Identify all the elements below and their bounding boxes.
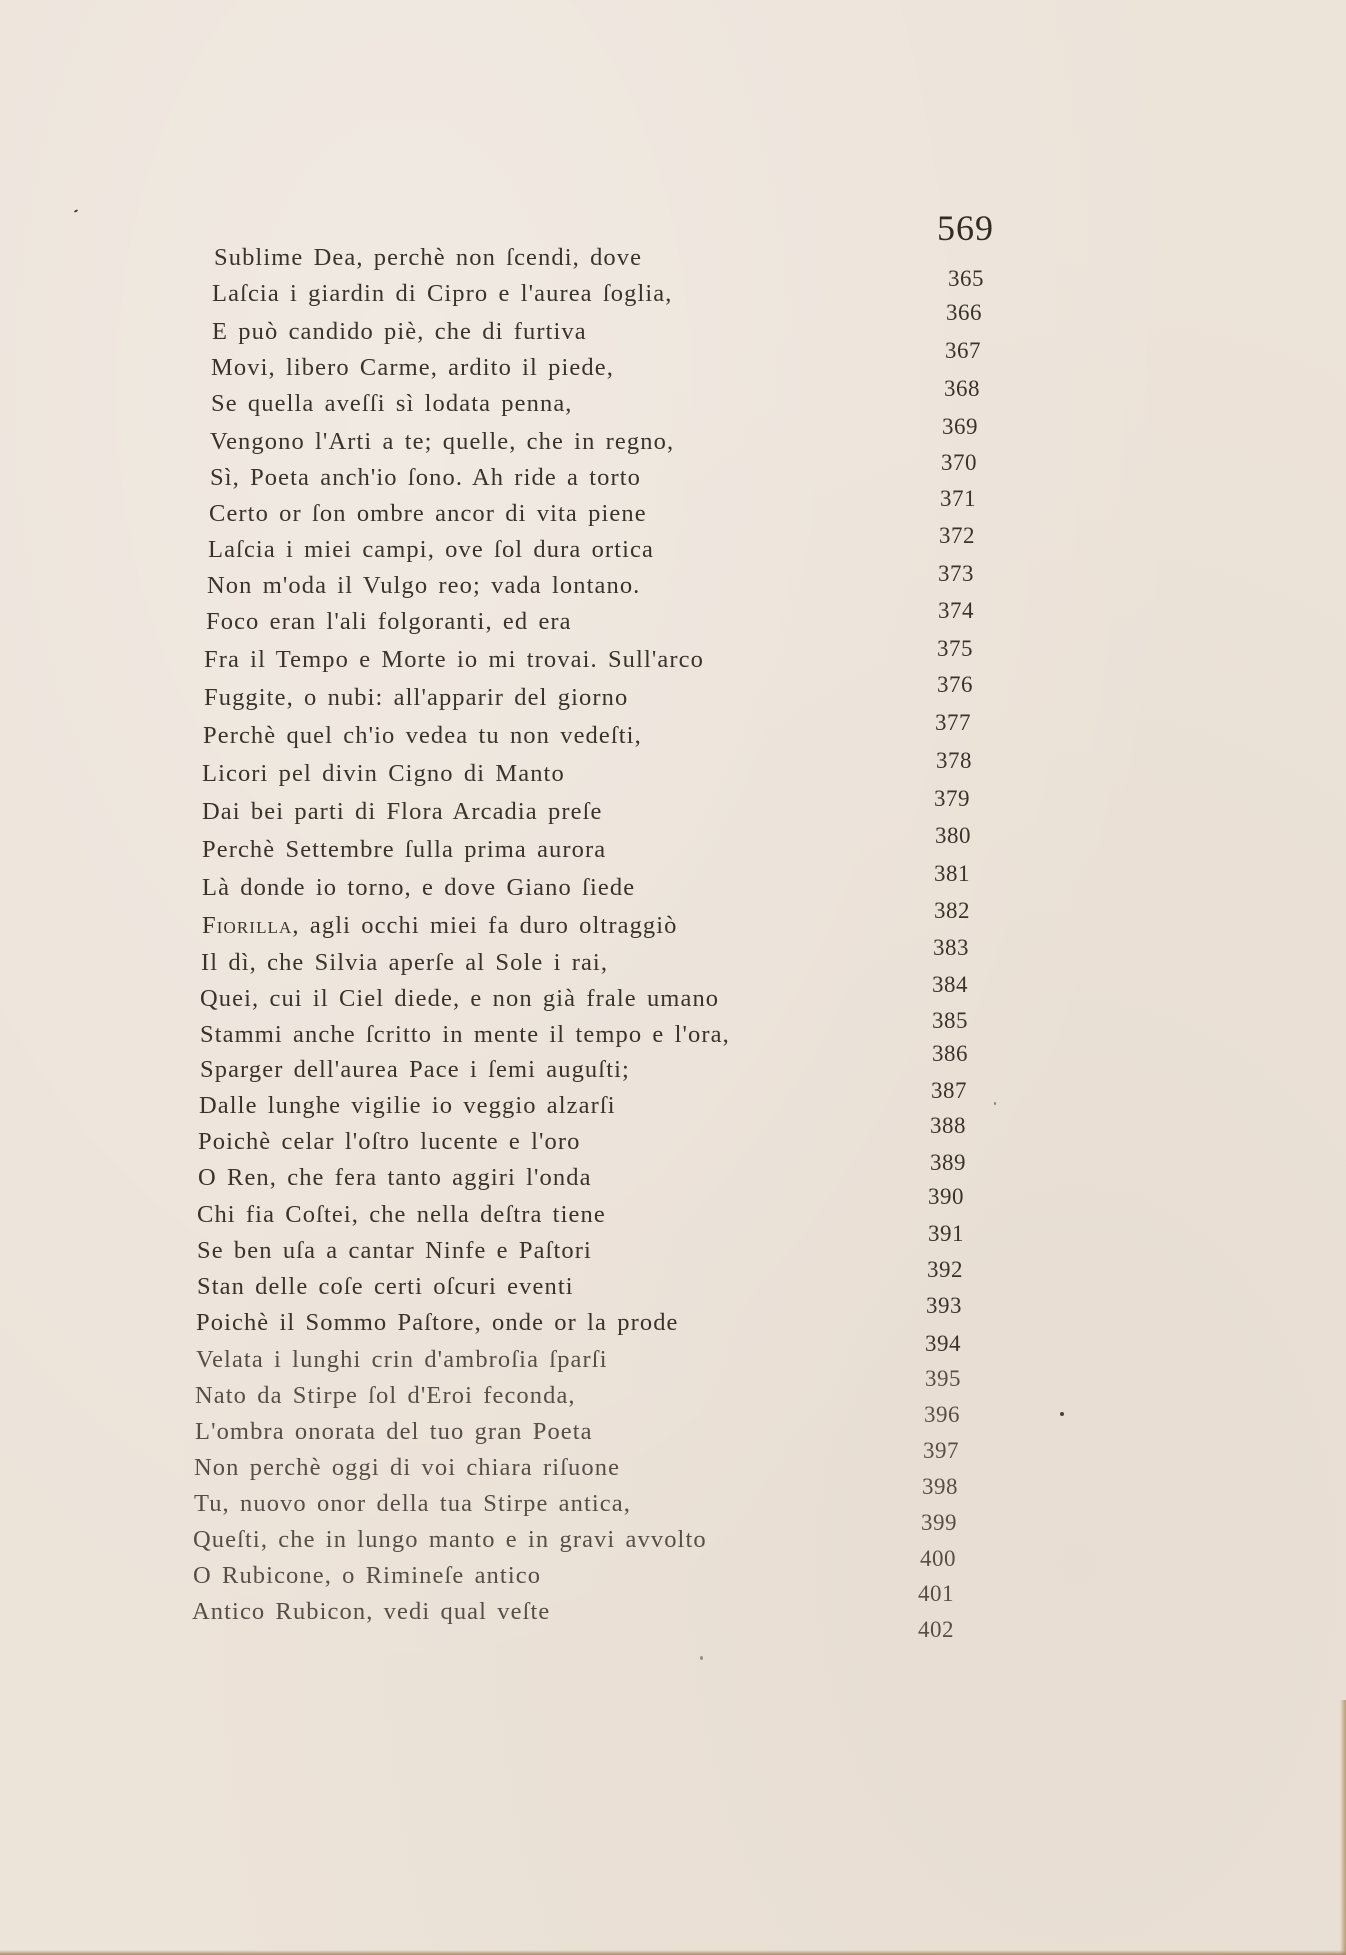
page-ref: 366	[946, 300, 982, 326]
name-small-caps: Fiorilla	[202, 912, 292, 939]
first-line: Stammi anche ſcritto in mente il tempo e…	[200, 1021, 730, 1049]
page-ref: 387	[931, 1078, 967, 1104]
paper-speck	[74, 209, 78, 213]
page-ref: 377	[935, 710, 971, 736]
first-line: O Rubicone, o Rimineſe antico	[193, 1562, 541, 1590]
first-line: Sublime Dea, perchè non ſcendi, dove	[214, 244, 642, 272]
first-line: Chi fia Coſtei, che nella deſtra tiene	[197, 1201, 606, 1229]
page-ref: 375	[937, 636, 973, 662]
first-line: Dalle lunghe vigilie io veggio alzarſi	[199, 1092, 616, 1120]
first-line: Sparger dell'aurea Pace i ſemi auguſti;	[200, 1056, 630, 1084]
page-ref: 380	[935, 823, 971, 849]
first-line: Perchè quel ch'io vedea tu non vedeſti,	[203, 722, 642, 750]
page-ref: 397	[923, 1438, 959, 1464]
page-ref: 378	[936, 748, 972, 774]
first-line: Il dì, che Silvia aperſe al Sole i rai,	[201, 949, 608, 977]
page-ref: 369	[942, 414, 978, 440]
first-line: Licori pel divin Cigno di Manto	[202, 760, 565, 788]
first-line: Poichè il Sommo Paſtore, onde or la prod…	[196, 1309, 679, 1337]
page-ref: 396	[924, 1402, 960, 1428]
first-line: O Ren, che fera tanto aggiri l'onda	[198, 1164, 592, 1192]
first-line: Fra il Tempo e Morte io mi trovai. Sull'…	[204, 646, 704, 674]
page-ref: 365	[948, 266, 984, 292]
first-line: Poichè celar l'oſtro lucente e l'oro	[198, 1128, 580, 1156]
page-ref: 389	[930, 1150, 966, 1176]
first-line: Stan delle coſe certi oſcuri eventi	[197, 1273, 574, 1301]
page-edge-bottom	[0, 1950, 1346, 1955]
first-line: Non perchè oggi di voi chiara riſuone	[194, 1454, 620, 1482]
first-line: Se ben uſa a cantar Ninfe e Paſtori	[197, 1237, 592, 1265]
page-ref: 399	[921, 1510, 957, 1536]
first-line: Non m'oda il Vulgo reo; vada lontano.	[207, 572, 640, 600]
first-line: Velata i lunghi crin d'ambroſia ſparſi	[196, 1346, 608, 1374]
first-line: Nato da Stirpe ſol d'Eroi feconda,	[195, 1382, 576, 1410]
paper-speck	[994, 1102, 996, 1105]
page-ref: 392	[927, 1257, 963, 1283]
first-line: Quei, cui il Ciel diede, e non già frale…	[200, 985, 719, 1013]
page-ref: 384	[932, 972, 968, 998]
page-ref: 374	[938, 598, 974, 624]
page-ref: 388	[930, 1113, 966, 1139]
page-ref: 402	[918, 1617, 954, 1643]
first-line: Movi, libero Carme, ardito il piede,	[211, 354, 614, 382]
page-ref: 371	[940, 486, 976, 512]
first-line: Laſcia i miei campi, ove ſol dura ortica	[208, 536, 654, 564]
first-line: E può candido piè, che di furtiva	[212, 318, 587, 346]
page-ref: 379	[934, 786, 970, 812]
page-ref: 367	[945, 338, 981, 364]
first-line: Sì, Poeta anch'io ſono. Ah ride a torto	[210, 464, 641, 492]
page-ref: 398	[922, 1474, 958, 1500]
page-ref: 400	[920, 1546, 956, 1572]
page-ref: 393	[926, 1293, 962, 1319]
page-ref: 382	[934, 898, 970, 924]
paper-speck	[700, 1656, 703, 1660]
first-line: Antico Rubicon, vedi qual veſte	[192, 1598, 550, 1626]
paper-speck	[1060, 1412, 1064, 1416]
page-ref: 370	[941, 450, 977, 476]
book-page: 569 Sublime Dea, perchè non ſcendi, dove…	[0, 0, 1346, 1955]
page-ref: 376	[937, 672, 973, 698]
page-number: 569	[937, 207, 994, 249]
first-line: Fiorilla, agli occhi miei fa duro oltrag…	[202, 912, 678, 940]
page-ref: 383	[933, 935, 969, 961]
first-line: Laſcia i giardin di Cipro e l'aurea ſogl…	[212, 280, 673, 308]
first-line: Là donde io torno, e dove Giano ſiede	[202, 874, 635, 902]
page-ref: 390	[928, 1184, 964, 1210]
page-ref: 394	[925, 1331, 961, 1357]
page-ref: 372	[939, 523, 975, 549]
page-ref: 391	[928, 1221, 964, 1247]
first-line: Tu, nuovo onor della tua Stirpe antica,	[194, 1490, 631, 1518]
first-line: Fuggite, o nubi: all'apparir del giorno	[204, 684, 628, 712]
page-ref: 401	[918, 1581, 954, 1607]
page-ref: 385	[932, 1008, 968, 1034]
page-edge-right	[1340, 1700, 1346, 1955]
page-ref: 386	[932, 1041, 968, 1067]
page-ref: 373	[938, 561, 974, 587]
page-ref: 368	[944, 376, 980, 402]
first-line: Queſti, che in lungo manto e in gravi av…	[193, 1526, 707, 1554]
page-ref: 395	[925, 1366, 961, 1392]
first-line: Se quella aveſſi sì lodata penna,	[211, 390, 573, 418]
first-line: L'ombra onorata del tuo gran Poeta	[195, 1418, 593, 1446]
page-ref: 381	[934, 861, 970, 887]
first-line: Certo or ſon ombre ancor di vita piene	[209, 500, 647, 528]
first-line: Foco eran l'ali folgoranti, ed era	[206, 608, 572, 636]
first-line: Perchè Settembre ſulla prima aurora	[202, 836, 606, 864]
first-line: Dai bei parti di Flora Arcadia preſe	[202, 798, 602, 826]
first-line: Vengono l'Arti a te; quelle, che in regn…	[210, 428, 674, 456]
